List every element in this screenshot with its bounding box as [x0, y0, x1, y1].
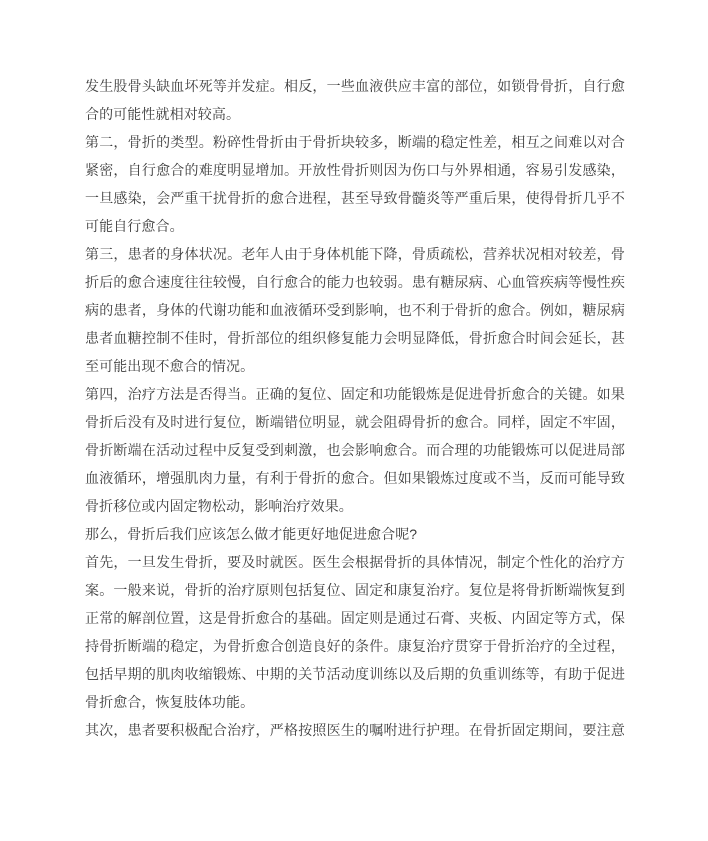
text-block: 发生股骨头缺血坏死等并发症。相反，一些血液供应丰富的部位，如锁骨骨折，自行愈合的…	[85, 72, 625, 744]
text-line: 骨折移位或内固定物松动，影响治疗效果。	[85, 492, 625, 520]
text-line: 其次，患者要积极配合治疗，严格按照医生的嘱咐进行护理。在骨折固定期间，要注意	[85, 716, 625, 744]
text-line: 至可能出现不愈合的情况。	[85, 352, 625, 380]
text-line: 正常的解剖位置，这是骨折愈合的基础。固定则是通过石膏、夹板、内固定等方式，保	[85, 604, 625, 632]
text-line: 骨折断端在活动过程中反复受到刺激，也会影响愈合。而合理的功能锻炼可以促进局部	[85, 436, 625, 464]
text-line: 血液循环，增强肌肉力量，有利于骨折的愈合。但如果锻炼过度或不当，反而可能导致	[85, 464, 625, 492]
text-line: 那么，骨折后我们应该怎么做才能更好地促进愈合呢?	[85, 520, 625, 548]
text-line: 患者血糖控制不佳时，骨折部位的组织修复能力会明显降低，骨折愈合时间会延长，甚	[85, 324, 625, 352]
text-line: 第三，患者的身体状况。老年人由于身体机能下降，骨质疏松，营养状况相对较差，骨	[85, 240, 625, 268]
text-line: 包括早期的肌肉收缩锻炼、中期的关节活动度训练以及后期的负重训练等，有助于促进	[85, 660, 625, 688]
text-line: 第二，骨折的类型。粉碎性骨折由于骨折块较多，断端的稳定性差，相互之间难以对合	[85, 128, 625, 156]
text-line: 病的患者，身体的代谢功能和血液循环受到影响，也不利于骨折的愈合。例如，糖尿病	[85, 296, 625, 324]
text-line: 一旦感染，会严重干扰骨折的愈合进程，甚至导致骨髓炎等严重后果，使得骨折几乎不	[85, 184, 625, 212]
text-line: 骨折愈合，恢复肢体功能。	[85, 688, 625, 716]
text-line: 合的可能性就相对较高。	[85, 100, 625, 128]
text-line: 案。一般来说，骨折的治疗原则包括复位、固定和康复治疗。复位是将骨折断端恢复到	[85, 576, 625, 604]
document-page: 发生股骨头缺血坏死等并发症。相反，一些血液供应丰富的部位，如锁骨骨折，自行愈合的…	[0, 0, 708, 841]
text-line: 可能自行愈合。	[85, 212, 625, 240]
text-line: 紧密，自行愈合的难度明显增加。开放性骨折则因为伤口与外界相通，容易引发感染，	[85, 156, 625, 184]
text-line: 持骨折断端的稳定，为骨折愈合创造良好的条件。康复治疗贯穿于骨折治疗的全过程，	[85, 632, 625, 660]
text-line: 第四，治疗方法是否得当。正确的复位、固定和功能锻炼是促进骨折愈合的关键。如果	[85, 380, 625, 408]
text-line: 发生股骨头缺血坏死等并发症。相反，一些血液供应丰富的部位，如锁骨骨折，自行愈	[85, 72, 625, 100]
text-line: 首先，一旦发生骨折，要及时就医。医生会根据骨折的具体情况，制定个性化的治疗方	[85, 548, 625, 576]
text-line: 骨折后没有及时进行复位，断端错位明显，就会阻碍骨折的愈合。同样，固定不牢固，	[85, 408, 625, 436]
text-line: 折后的愈合速度往往较慢，自行愈合的能力也较弱。患有糖尿病、心血管疾病等慢性疾	[85, 268, 625, 296]
